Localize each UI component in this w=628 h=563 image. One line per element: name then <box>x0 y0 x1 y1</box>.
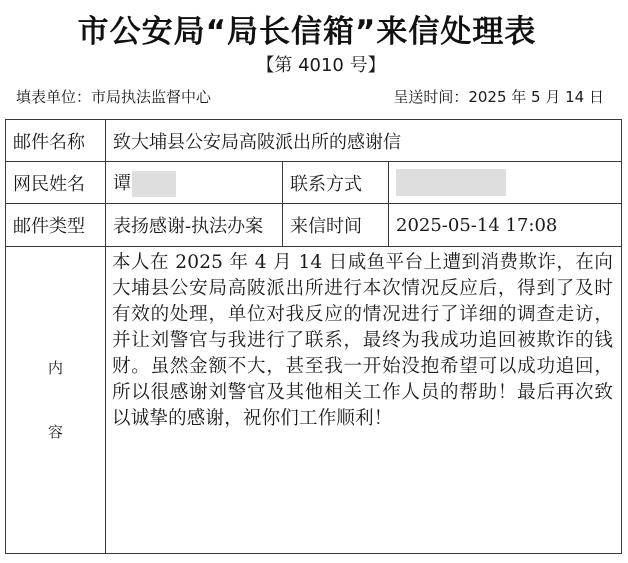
contact-label: 联系方式 <box>283 162 389 204</box>
row-content: 内 容 本人在 2025 年 4 月 14 日咸鱼平台上遭到消费欺诈，在向大埔县… <box>6 247 622 554</box>
content-text: 本人在 2025 年 4 月 14 日咸鱼平台上遭到消费欺诈，在向大埔县公安局高… <box>112 250 613 432</box>
submit-time: 呈送时间：2025 年 5 月 14 日 <box>393 87 604 107</box>
mail-name-label: 邮件名称 <box>6 120 106 162</box>
content-label-char-1: 内 <box>6 358 105 378</box>
letter-form-table: 邮件名称 致大埔县公安局高陂派出所的感谢信 网民姓名 谭 联系方式 邮件类型 表… <box>5 119 622 554</box>
filing-unit: 填表单位：市局执法监督中心 <box>16 87 211 107</box>
content-label: 内 容 <box>6 247 106 554</box>
content-body: 本人在 2025 年 4 月 14 日咸鱼平台上遭到消费欺诈，在向大埔县公安局高… <box>106 247 622 554</box>
letter-time-label: 来信时间 <box>283 204 389 247</box>
netizen-name-cell: 谭 <box>106 162 283 204</box>
submit-time-label: 呈送时间： <box>393 88 468 106</box>
submit-time-value: 2025 年 5 月 14 日 <box>468 88 604 106</box>
row-netizen: 网民姓名 谭 联系方式 <box>6 162 622 204</box>
content-label-char-2: 容 <box>6 422 105 442</box>
netizen-name-value: 谭 <box>113 173 131 194</box>
document-number: 【第 4010 号】 <box>0 54 628 78</box>
netizen-name-label: 网民姓名 <box>6 162 106 204</box>
redacted-name-block <box>132 171 176 197</box>
row-mail-name: 邮件名称 致大埔县公安局高陂派出所的感谢信 <box>6 120 622 162</box>
filing-unit-label: 填表单位： <box>16 88 91 106</box>
mail-type-value: 表扬感谢-执法办案 <box>106 204 283 247</box>
row-mail-type: 邮件类型 表扬感谢-执法办案 来信时间 2025-05-14 17:08 <box>6 204 622 247</box>
mail-name-value: 致大埔县公安局高陂派出所的感谢信 <box>106 120 622 162</box>
filing-unit-value: 市局执法监督中心 <box>91 88 211 106</box>
mail-type-label: 邮件类型 <box>6 204 106 247</box>
contact-cell <box>389 162 622 204</box>
redacted-contact-block <box>396 169 506 196</box>
letter-time-value: 2025-05-14 17:08 <box>389 204 622 247</box>
document-title: 市公安局“局长信箱”来信处理表 <box>0 12 614 52</box>
